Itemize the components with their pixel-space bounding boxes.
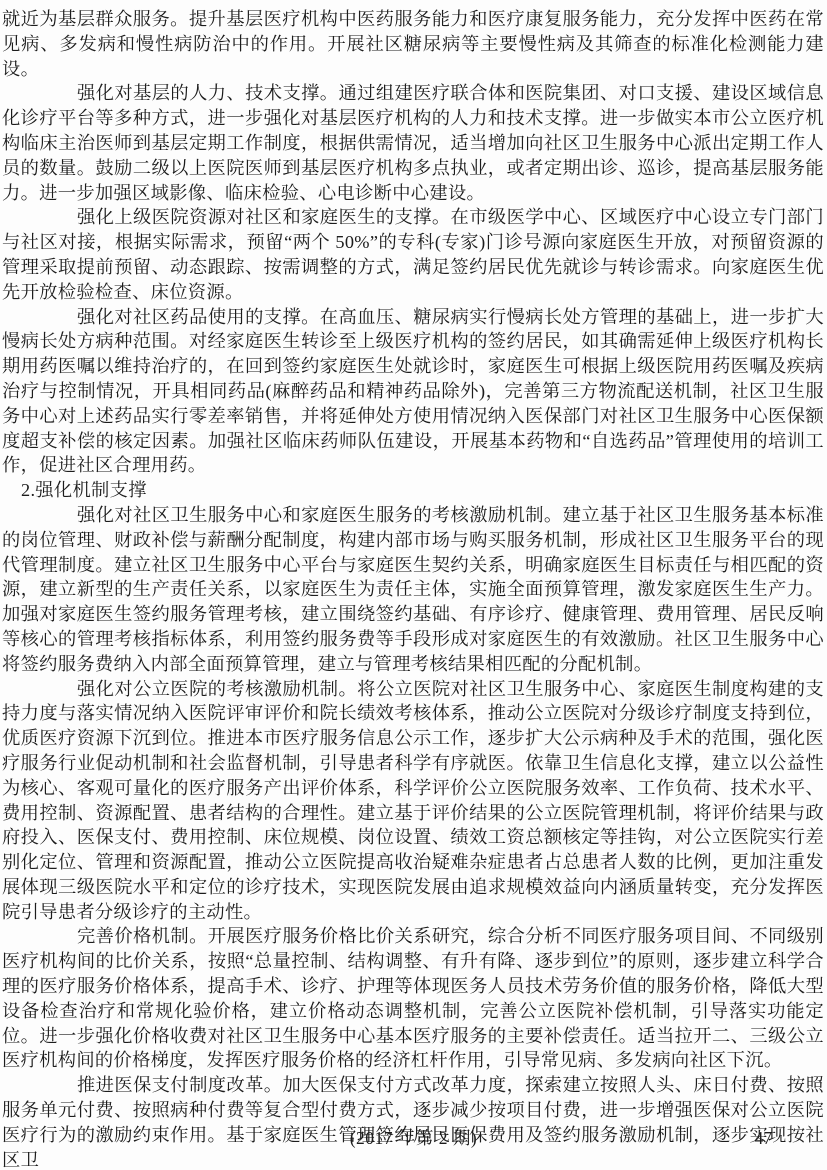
document-page: 就近为基层群众服务。提升基层医疗机构中医药服务能力和医疗康复服务能力，充分发挥中… — [0, 0, 827, 1170]
page-number: 47 — [755, 1126, 773, 1150]
document-body: 就近为基层群众服务。提升基层医疗机构中医药服务能力和医疗康复服务能力，充分发挥中… — [2, 7, 824, 1170]
page-footer: (2017 年第 2 期) 47 — [0, 1126, 827, 1156]
section-heading: 2.强化机制支撑 — [2, 478, 824, 503]
body-paragraph: 强化对社区药品使用的支撑。在高血压、糖尿病实行慢病长处方管理的基础上，进一步扩大… — [2, 305, 824, 479]
body-paragraph: 强化对社区卫生服务中心和家庭医生服务的考核激励机制。建立基于社区卫生服务基本标准… — [2, 503, 824, 677]
body-paragraph: 完善价格机制。开展医疗服务价格比价关系研究，综合分析不同医疗服务项目间、不同级别… — [2, 924, 824, 1073]
body-paragraph: 强化对公立医院的考核激励机制。将公立医院对社区卫生服务中心、家庭医生制度构建的支… — [2, 677, 824, 925]
body-paragraph: 就近为基层群众服务。提升基层医疗机构中医药服务能力和医疗康复服务能力，充分发挥中… — [2, 7, 824, 81]
body-paragraph: 强化上级医院资源对社区和家庭医生的支撑。在市级医学中心、区域医疗中心设立专门部门… — [2, 205, 824, 304]
body-paragraph: 强化对基层的人力、技术支撑。通过组建医疗联合体和医院集团、对口支援、建设区域信息… — [2, 81, 824, 205]
journal-issue: (2017 年第 2 期) — [0, 1126, 827, 1150]
